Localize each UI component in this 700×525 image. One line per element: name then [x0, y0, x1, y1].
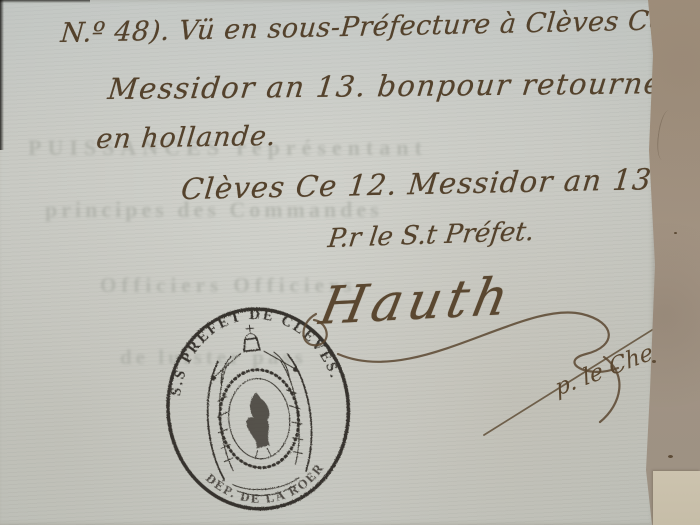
- manuscript-line-4: Clèves Ce 12. Messidor an 13.: [180, 162, 665, 206]
- board-speck: [652, 360, 656, 363]
- manuscript-line-1: N.º 48). Vü en sous-Préfecture à Clèves …: [59, 4, 700, 49]
- photo-edge-shadow: [0, 0, 4, 150]
- board-speck: [674, 232, 677, 234]
- manuscript-line-2: Messidor an 13. bonpour retourner: [106, 66, 680, 106]
- photo-edge-shadow: [0, 0, 90, 3]
- photograph-of-document: PUISSANCES représentant principes des Co…: [0, 0, 700, 525]
- board-speck: [668, 455, 673, 458]
- document-paper: PUISSANCES représentant principes des Co…: [0, 0, 656, 525]
- manuscript-line-3: en hollande.: [95, 121, 278, 155]
- manuscript-line-5: P.r le S.t Préfet.: [326, 217, 536, 254]
- paper-scrap-corner: [653, 471, 700, 525]
